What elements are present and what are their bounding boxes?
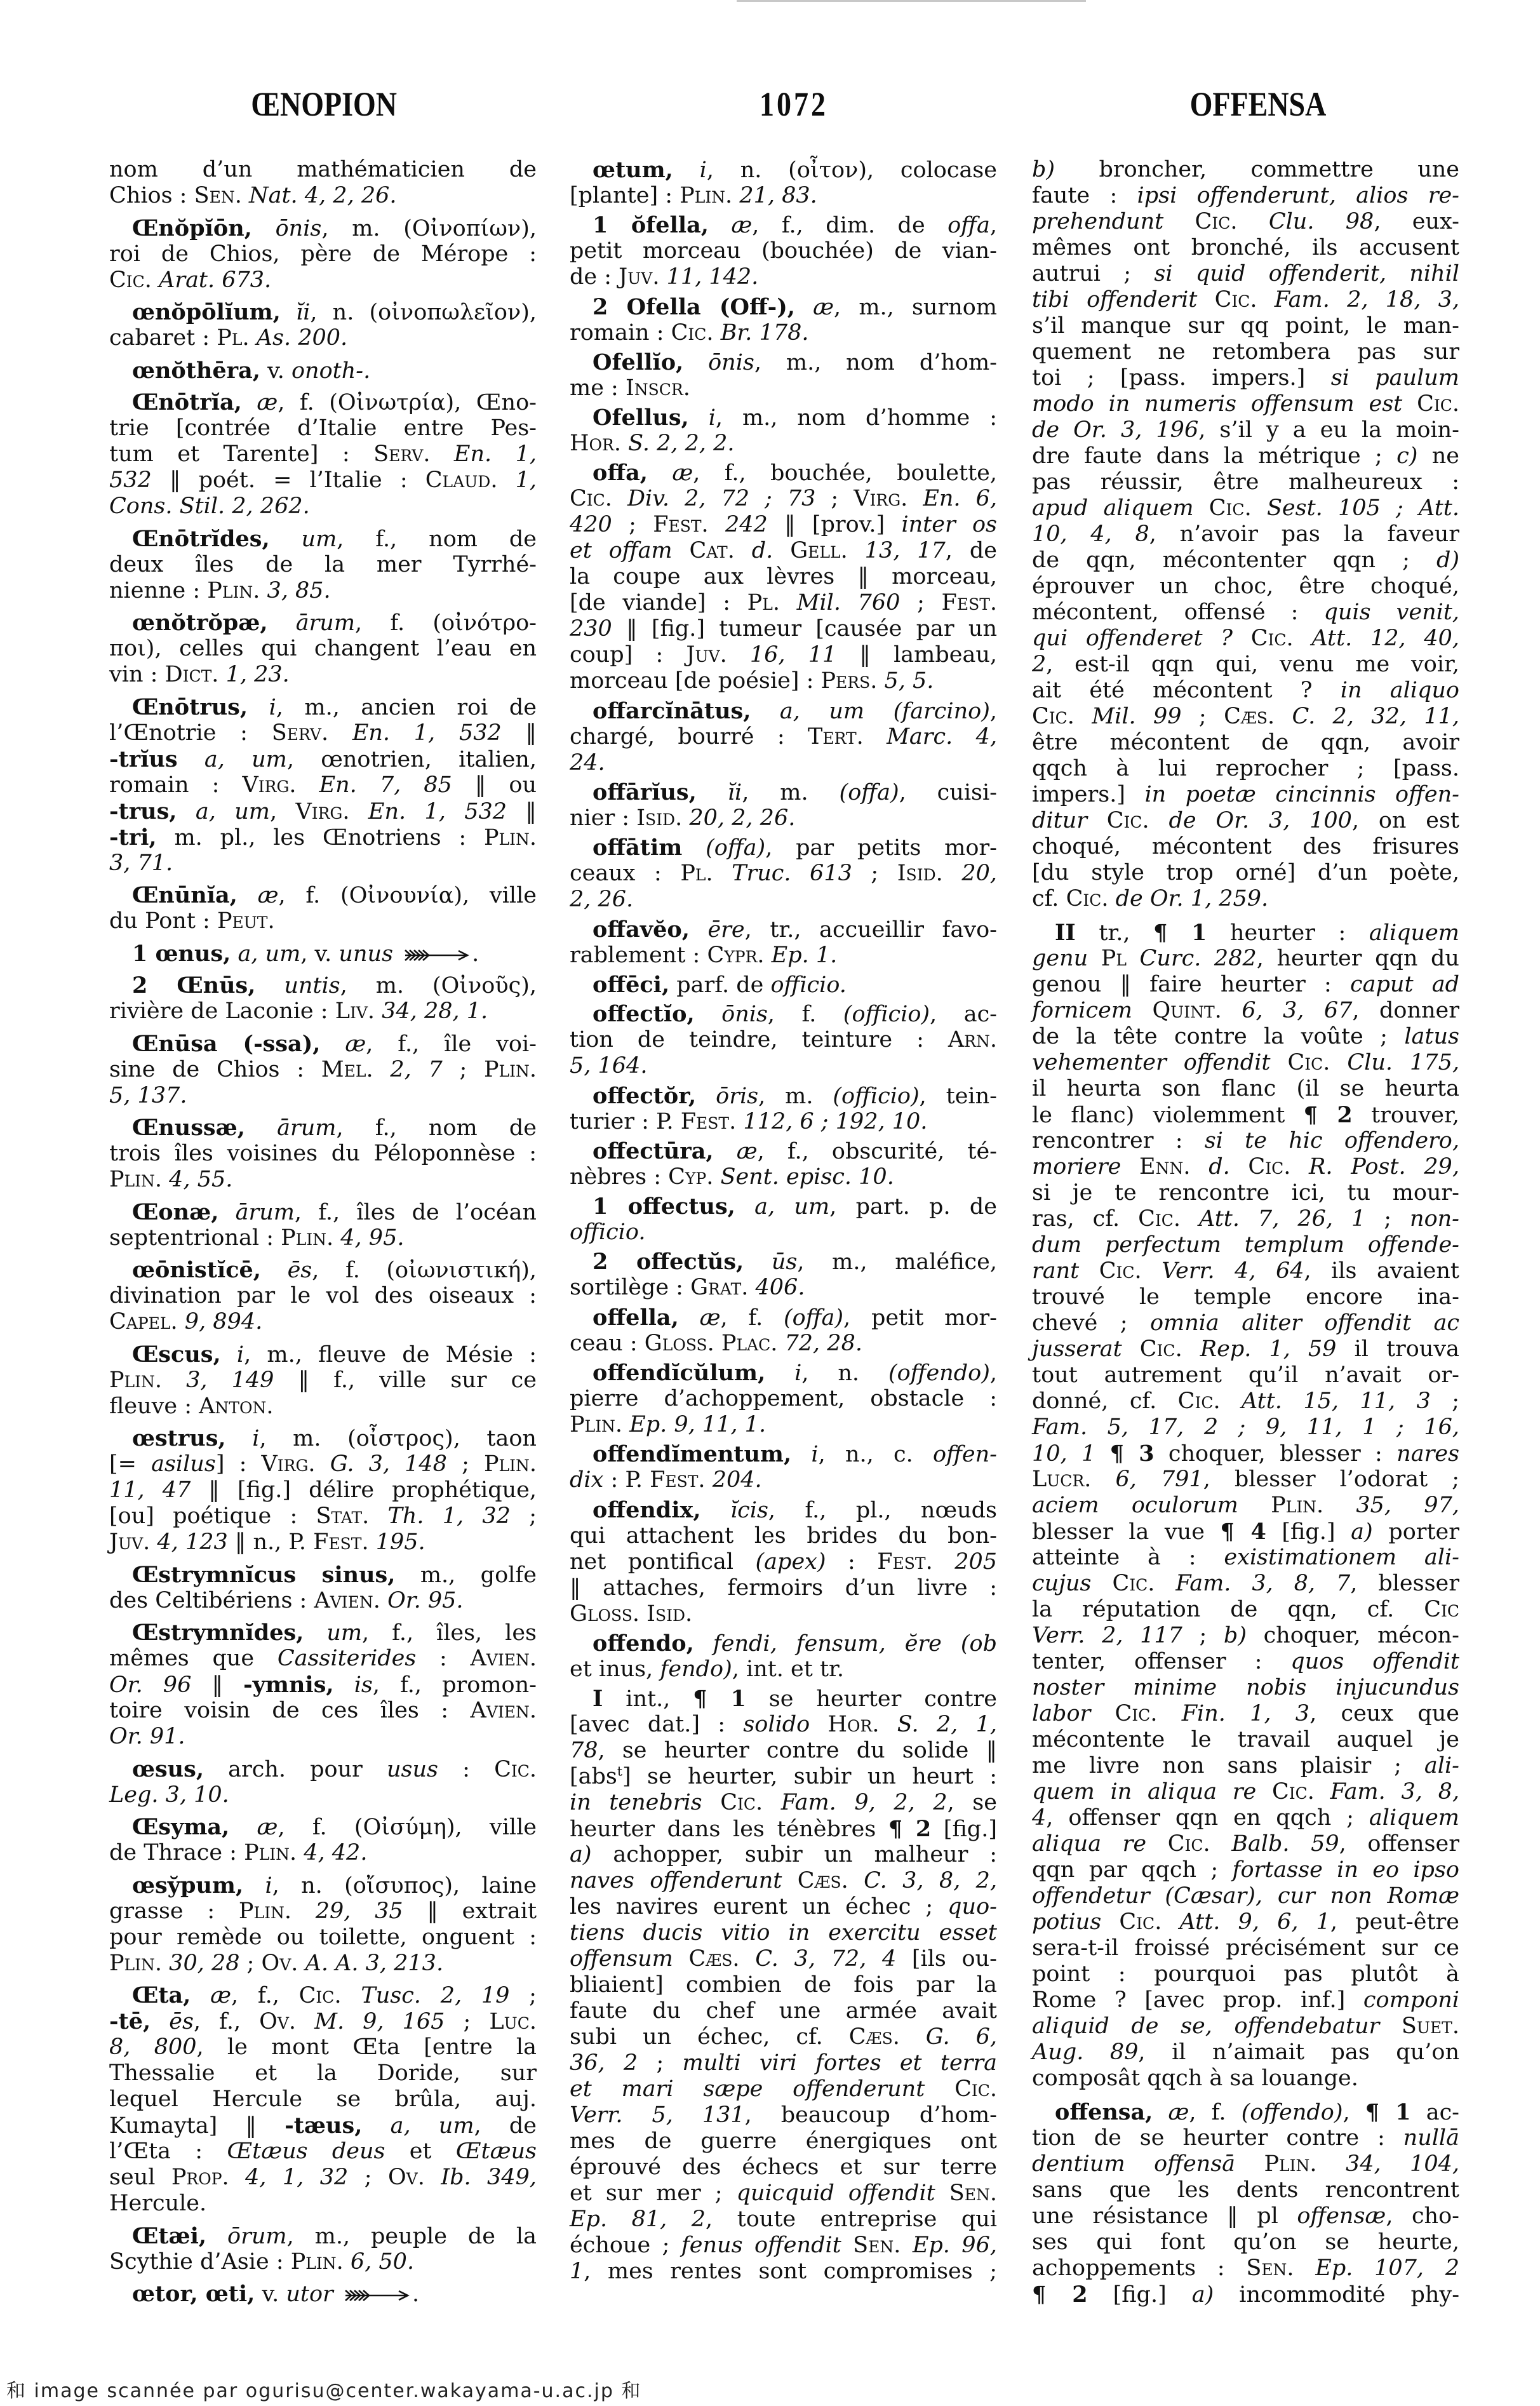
text <box>901 2233 912 2258</box>
text: [fig.] <box>931 1817 997 1842</box>
feathered-arrow-icon <box>403 948 470 963</box>
text <box>682 835 706 861</box>
line-content: sera-t-il froissé précisément sur ce <box>1032 1935 1459 1961</box>
line-content: tibi offenderit Cic. Fam. 2, 18, 3, <box>1032 287 1459 313</box>
text-line: chargé, bourré : Tert. Marc. 4, <box>570 724 997 750</box>
text <box>1090 1701 1115 1726</box>
headword: Ofellĭo, <box>593 349 683 375</box>
text-line: de Thrace : Plin. 4, 42. <box>109 1840 537 1866</box>
text: [= <box>109 1451 151 1477</box>
line-content: point : pourquoi pas plutôt à <box>1032 1961 1459 1987</box>
line-content: 5, 137. <box>109 1083 187 1108</box>
italic-text: rant <box>1032 1258 1079 1284</box>
text: , ac- <box>930 1002 997 1027</box>
line-content: rablement : Cypr. Ep. 1. <box>570 943 837 968</box>
text-line: sera-t-il froissé précisément sur ce <box>1032 1935 1459 1961</box>
text <box>1330 1050 1347 1075</box>
text-line: sortilège : Grat. 406. <box>570 1275 997 1301</box>
dictionary-entry: offendĭcŭlum, i, n. (offendo),pierre d’a… <box>570 1360 997 1438</box>
text: divination par le vol des oiseaux : <box>109 1283 537 1308</box>
text: , n. (οἴσυπος), laine <box>272 1873 537 1899</box>
text: ; <box>445 2009 489 2034</box>
line-content: toi ; [pass. impers.] si paulum <box>1032 365 1459 391</box>
text-line: [= asilus] : Virg. G. 3, 148 ; Plin. <box>109 1451 537 1477</box>
text-line: choqué, mécontent des frisures <box>1032 834 1459 860</box>
text: : <box>826 1549 878 1575</box>
italic-text: 4, 42. <box>304 1840 367 1865</box>
italic-text: (offa) <box>840 780 899 805</box>
line-content: fornicem Quint. 6, 3, 67, donner <box>1032 998 1459 1023</box>
line-content: Œnŏpĭōn, ōnis, m. (Οἰνοπίων), <box>132 216 537 241</box>
text: ; <box>852 861 897 886</box>
italic-text: in poetæ cincinnis offen- <box>1144 782 1459 807</box>
italic-text: (officio) <box>833 1084 919 1109</box>
line-content: faute : ipsi offenderunt, alios re- <box>1032 183 1459 208</box>
dictionary-entry: œnŏtrŏpæ, ārum, f. (οἰνότρο-ποι), celles… <box>109 610 537 688</box>
text-line: Plin. 4, 55. <box>109 1167 537 1193</box>
text-line: 5, 164. <box>570 1053 997 1079</box>
italic-text: a) <box>570 1842 592 1867</box>
text <box>1275 704 1292 729</box>
text: ; <box>447 1451 484 1477</box>
text-line: tum et Tarente] : Serv. En. 1, <box>109 441 537 467</box>
text-line: Œstrymnĭcus sinus, m., golfe <box>109 1562 537 1588</box>
text-line: Or. 91. <box>109 1724 537 1750</box>
line-content: œnŏpōlĭum, ĭi, n. (οἰνοπωλεῖον), <box>132 300 537 325</box>
text <box>375 998 382 1024</box>
text-line: Hor. S. 2, 2, 2. <box>570 431 997 457</box>
line-content: -trĭus a, um, œnotrien, italien, <box>109 747 537 772</box>
text: [ou] poétique : <box>109 1503 316 1529</box>
text: tenter, offenser : <box>1032 1649 1290 1674</box>
line-content: 10, 4, 8, n’avoir pas la faveur <box>1032 521 1459 547</box>
text-line: Juv. 4, 123 ‖ n., P. Fest. 195. <box>109 1529 537 1556</box>
text-line: apud aliquem Cic. Sest. 105 ; Att. <box>1032 495 1459 521</box>
italic-text: Att. 9, 6, 1 <box>1179 1909 1330 1935</box>
dictionary-entry: Œnŏpĭōn, ōnis, m. (Οἰνοπίων),roi de Chio… <box>109 215 537 293</box>
text: , tein- <box>920 1084 997 1109</box>
text <box>231 941 238 967</box>
text-line: 2 offectŭs, ūs, m., maléfice, <box>570 1249 997 1275</box>
text: ] : <box>216 1451 262 1477</box>
text <box>1132 998 1152 1023</box>
text: , part. p. de <box>829 1194 997 1220</box>
text: , est-il qqn qui, venu me voir, <box>1046 652 1459 677</box>
dictionary-entry: 2 offectŭs, ūs, m., maléfice,sortilège :… <box>570 1249 997 1301</box>
author-abbreviation: Fest. <box>653 512 708 537</box>
line-content: autrui ; si quid offenderit, nihil <box>1032 261 1459 286</box>
sense-marker: ¶ 2 <box>888 1816 931 1842</box>
text-line: Ep. 81, 2, toute entreprise qui <box>570 2207 997 2233</box>
text <box>291 1899 316 1924</box>
line-content: offātim (offa), par petits mor- <box>593 835 997 861</box>
text: , f. (οἰνότρο- <box>355 610 537 636</box>
text: toi ; [pass. impers.] <box>1032 365 1331 391</box>
line-content: Œnōtrus, i, m., ancien roi de <box>132 695 537 720</box>
author-abbreviation: Cyp. <box>668 1164 713 1190</box>
italic-text: tiens ducis vitio in exercitu esset <box>570 1920 997 1946</box>
text <box>298 1951 305 1976</box>
author-abbreviation: Capel. <box>109 1309 178 1334</box>
text-line: Œnōtrĭa, æ, f. (Οἰνωτρία), Œno- <box>109 389 537 415</box>
text <box>732 183 739 208</box>
text: deux îles de la mer Tyrrhé- <box>109 552 537 577</box>
text: , n., c. <box>819 1442 933 1467</box>
text: ‖ [fig.] délire prophétique, <box>191 1477 537 1503</box>
text: , le mont Œta [entre la <box>196 2034 537 2060</box>
line-content: quem in aliqua re Cic. Fam. 3, 8, <box>1032 1779 1459 1805</box>
line-content: de la tête contre la voûte ; latus <box>1032 1024 1459 1049</box>
text: rivière de Laconie : <box>109 998 335 1024</box>
italic-text: 420 <box>570 512 612 537</box>
line-content: chevé ; omnia aliter offendit ac <box>1032 1310 1459 1336</box>
text <box>206 2224 227 2249</box>
line-content: offendetur (Cæsar), cur non Romæ <box>1032 1883 1459 1909</box>
text-line: éprouvé des échecs et sur terre <box>570 2154 997 2181</box>
text <box>162 1368 186 1393</box>
text-line: cabaret : Pl. As. 200. <box>109 325 537 351</box>
sense-marker: ¶ 1 <box>1153 920 1207 946</box>
text-line: aciem oculorum Plin. 35, 97, <box>1032 1493 1459 1519</box>
sense-marker: ¶ 1 <box>693 1686 746 1712</box>
line-content: Juv. 4, 123 ‖ n., P. Fest. 195. <box>109 1529 425 1555</box>
line-content: Œstrymnĭcus sinus, m., golfe <box>132 1563 537 1588</box>
dictionary-entry: offendĭmentum, i, n., c. offen-dix : P. … <box>570 1441 997 1493</box>
headword: offectūra, <box>593 1138 714 1164</box>
dictionary-entry: offārĭus, ĭi, m. (offa), cuisi-nier : Is… <box>570 779 997 831</box>
text: , f., îles de l’océan <box>295 1200 537 1225</box>
italic-text: ōnis <box>708 350 754 375</box>
text: , f., îles, les <box>362 1620 537 1646</box>
line-content: Œnūsa (-ssa), æ, f., île voi- <box>132 1032 537 1057</box>
headword: offendix, <box>593 1497 701 1523</box>
text-line: œnŏthēra, v. onoth-. <box>109 358 537 384</box>
italic-text: 10, 1 <box>1032 1441 1095 1467</box>
italic-text: Clu. 98 <box>1269 209 1374 234</box>
text: chargé, bourré : <box>570 724 808 749</box>
italic-text: Verr. 5, 131 <box>570 2102 745 2128</box>
line-content: il heurta son flanc (il se heurta <box>1032 1076 1459 1101</box>
text <box>690 917 708 943</box>
author-abbreviation: Plin. <box>1264 2151 1316 2177</box>
text: ‖ [prov.] <box>768 512 902 537</box>
author-abbreviation: Cic. <box>954 2076 997 2102</box>
italic-text: cujus <box>1032 1571 1092 1596</box>
line-content: [plante] : Plin. 21, 83. <box>570 183 817 208</box>
line-content: Or. 96 ‖ -ymnis, is, f., promon- <box>109 1672 537 1698</box>
text-line: mécontente le travail auquel je <box>1032 1727 1459 1753</box>
text-line: 36, 2 ; multi viri fortes et terra <box>570 2050 997 2076</box>
line-content: de Or. 3, 196, s’il y a eu la moin- <box>1032 417 1459 443</box>
text: septentrional : <box>109 1225 281 1251</box>
entry-continuation: nom d’un mathématicien deChios : Sen. Na… <box>109 157 537 209</box>
text-line: 1, mes rentes sont compromises ; <box>570 2259 997 2285</box>
text: , n. (οἶτον), colocase <box>707 158 997 183</box>
text: si je te rencontre ici, tu mour- <box>1032 1180 1459 1206</box>
italic-text: Truc. 613 <box>732 861 852 886</box>
text-line: romain : Virg. En. 7, 85 ‖ ou <box>109 772 537 798</box>
line-content: blesser la vue ¶ 4 [fig.] a) porter <box>1032 1519 1459 1545</box>
italic-text: inter os <box>901 512 997 537</box>
text: , <box>990 699 997 724</box>
author-abbreviation: Inscr. <box>626 375 690 401</box>
text: , f. <box>1189 2100 1241 2125</box>
author-abbreviation: Hor. <box>828 1712 880 1737</box>
line-content: deux îles de la mer Tyrrhé- <box>109 552 537 577</box>
author-abbreviation: Mel. <box>321 1057 373 1082</box>
line-content: jusserat Cic. Rep. 1, 59 il trouva <box>1032 1336 1459 1362</box>
line-content: grasse : Plin. 29, 35 ‖ extrait <box>109 1899 537 1924</box>
text <box>297 772 319 798</box>
text-line: sans que les dents rencontrent <box>1032 2177 1459 2203</box>
line-content: quement ne retombera pas sur <box>1032 339 1459 365</box>
italic-text: As. 200. <box>257 325 347 351</box>
text <box>1190 1154 1209 1179</box>
text-line: nier : Isid. 20, 2, 26. <box>570 805 997 831</box>
italic-text: ārum <box>296 610 355 636</box>
text <box>1142 1258 1162 1284</box>
text: choquer, blesser : <box>1155 1441 1397 1467</box>
headword: Œnūnĭa, <box>132 882 238 908</box>
italic-text: officio. <box>770 972 846 998</box>
text: sine de Chios : <box>109 1057 321 1082</box>
sense-marker: ¶ 3 <box>1110 1441 1155 1467</box>
sub-headword: -ymnis, <box>243 1672 334 1698</box>
text-line: Cic. Arat. 673. <box>109 267 537 293</box>
line-content: qui offenderet ? Cic. Att. 12, 40, <box>1032 626 1459 651</box>
text: : <box>438 1757 494 1782</box>
text <box>1092 1571 1113 1596</box>
text-line: du Pont : Peut. <box>109 908 537 934</box>
text-line: de : Juv. 11, 142. <box>570 264 997 290</box>
text-line: ras, cf. Cic. Att. 7, 26, 1 ; non- <box>1032 1206 1459 1232</box>
line-content: [ou] poétique : Stat. Th. 1, 32 ; <box>109 1503 537 1529</box>
line-content: sans que les dents rencontrent <box>1032 2177 1459 2203</box>
text-line: tiens ducis vitio in exercitu esset <box>570 1920 997 1946</box>
text-line: Hercule. <box>109 2191 537 2217</box>
text <box>1153 2100 1168 2125</box>
italic-text: Fam. 9, 2, 2 <box>781 1790 947 1815</box>
italic-text: a, um <box>196 799 270 824</box>
italic-text: 5, 164. <box>570 1053 647 1079</box>
text: m. pl., les Œnotriens : <box>157 825 484 850</box>
text: romain : <box>570 320 671 346</box>
text-line: 2 Œnūs, untis, m. (Οἰνοῦς), <box>109 972 537 998</box>
author-abbreviation: Cat. <box>690 538 735 563</box>
line-content: divination par le vol des oiseaux : <box>109 1283 537 1308</box>
sense-marker: ¶ 2 <box>1032 2282 1088 2308</box>
italic-text: 35, 97, <box>1356 1493 1459 1518</box>
dictionary-entry: œnŏthēra, v. onoth-. <box>109 358 537 384</box>
text: les navires eurent un échec ; <box>570 1894 947 1919</box>
author-abbreviation: Cic. <box>1251 626 1294 651</box>
line-content: -tē, ēs, f., Ov. M. 9, 165 ; Luc. <box>109 2009 537 2034</box>
text: , <box>270 799 296 824</box>
text: , f. (Οἰνωτρία), Œno- <box>278 390 537 415</box>
italic-text: 2, 7 <box>390 1057 442 1082</box>
author-abbreviation: Grat. <box>690 1275 748 1300</box>
author-abbreviation: Cæs. <box>849 2024 900 2050</box>
italic-text: prehendunt <box>1032 209 1163 234</box>
dictionary-entry: offectŏr, ōris, m. (officio), tein-turie… <box>570 1083 997 1135</box>
italic-text: unus <box>338 941 393 967</box>
text-line: dum perfectum templum offende- <box>1032 1232 1459 1258</box>
text: , offenser <box>1339 1831 1459 1857</box>
text-line: Kumayta] ‖ -tæus, a, um, de <box>109 2113 537 2139</box>
text <box>713 1164 720 1190</box>
italic-text: qui offenderet ? <box>1032 626 1233 651</box>
italic-text: æ <box>257 1815 278 1840</box>
text-line: éprouver un choc, être choqué, <box>1032 574 1459 600</box>
text <box>727 642 750 668</box>
italic-text: 30, 28 <box>169 1951 239 1976</box>
text-line: a) achopper, subir un malheur : <box>570 1842 997 1868</box>
text <box>1233 626 1251 651</box>
text-line: Thessalie et la Doride, sur <box>109 2060 537 2087</box>
italic-text: Mil. 99 <box>1092 704 1181 729</box>
text: achoppements : <box>1032 2255 1246 2281</box>
bold-text: I <box>593 1686 603 1712</box>
italic-text: (offendo) <box>888 1361 990 1386</box>
text-line: morceau [de poésie] : Pers. 5, 5. <box>570 668 997 694</box>
author-abbreviation: Enn. <box>1139 1154 1190 1179</box>
author-abbreviation: Plin. <box>281 1225 333 1251</box>
italic-text: offendetur (Cæsar), cur non Romæ <box>1032 1883 1459 1909</box>
text: , int. et tr. <box>732 1657 844 1682</box>
italic-text: ipsi offenderunt, alios re- <box>1137 183 1459 208</box>
entry-sense-paragraph: II tr., ¶ 1 heurter : aliquemgenu Pl Cur… <box>1032 920 1459 2092</box>
text-line: vehementer offendit Cic. Clu. 175, <box>1032 1050 1459 1076</box>
text <box>229 1815 257 1840</box>
author-abbreviation: Ov. <box>388 2165 425 2190</box>
text-line: pour remède ou toilette, onguent : <box>109 1925 537 1951</box>
text <box>877 668 884 694</box>
text-line: seul Prop. 4, 1, 32 ; Ov. Ib. 349, <box>109 2165 537 2191</box>
italic-text: G. 6, <box>926 2024 997 2050</box>
dictionary-entry: Œnussæ, ārum, f., nom detrois îles voisi… <box>109 1115 537 1193</box>
author-abbreviation: Cic <box>1424 1597 1459 1622</box>
line-content: offensum Cæs. C. 3, 72, 4 [ils ou- <box>570 1946 997 1972</box>
italic-text: æ <box>700 1305 721 1331</box>
text-line: trie [contrée d’Italie entre Pes- <box>109 415 537 441</box>
text: l’Œta : <box>109 2139 227 2164</box>
text: [fig.] <box>1088 2282 1192 2308</box>
text-line: cf. Cic. de Or. 1, 259. <box>1032 886 1459 912</box>
text <box>226 1426 253 1451</box>
text: incommodité phy- <box>1214 2282 1459 2308</box>
line-content: 8, 800, le mont Œta [entre la <box>109 2034 537 2060</box>
italic-text: 2, 26. <box>570 887 633 912</box>
text <box>810 1712 827 1737</box>
line-content: cabaret : Pl. As. 200. <box>109 325 347 351</box>
text <box>735 538 752 563</box>
text-line: le flanc) violemment ¶ 2 trouver, <box>1032 1102 1459 1128</box>
italic-text: Ep. 81, 2 <box>570 2207 706 2232</box>
dictionary-entry: offātim (offa), par petits mor-ceaux : P… <box>570 835 997 913</box>
text-line: genu Pl Curc. 282, heurter qqn du <box>1032 946 1459 972</box>
italic-text: Verr. 4, 64 <box>1162 1258 1304 1284</box>
line-content: offectŏr, ōris, m. (officio), tein- <box>593 1084 997 1109</box>
text: v. <box>260 358 291 384</box>
text <box>1155 1571 1175 1596</box>
text-line: s’il manque sur qq point, le man- <box>1032 313 1459 339</box>
headword: Œnŏpĭōn, <box>132 215 252 241</box>
line-content: ras, cf. Cic. Att. 7, 26, 1 ; non- <box>1032 1206 1459 1232</box>
text: tum et Tarente] : <box>109 441 373 467</box>
text-line: atteinte à : existimationem ali- <box>1032 1545 1459 1571</box>
italic-text: G. 3, 148 <box>330 1451 447 1477</box>
line-content: genu Pl Curc. 282, heurter qqn du <box>1032 946 1459 971</box>
line-content: pour remède ou toilette, onguent : <box>109 1925 537 1950</box>
line-content: morceau [de poésie] : Pers. 5, 5. <box>570 668 934 694</box>
entry-continuation: b) broncher, commettre unefaute : ipsi o… <box>1032 157 1459 912</box>
text <box>162 1951 169 1976</box>
author-abbreviation: Tert. <box>808 724 864 749</box>
line-content: petit morceau (bouchée) de vian- <box>570 238 997 264</box>
author-abbreviation: Cic. <box>1209 495 1252 521</box>
text: de qqn, mécontenter qqn ; <box>1032 548 1436 573</box>
text: l’Œnotrie : <box>109 720 272 746</box>
text-line: nèbres : Cyp. Sent. episc. 10. <box>570 1164 997 1190</box>
text-line: une résistance ‖ pl offensæ, cho- <box>1032 2203 1459 2229</box>
text-line: [de viande] : Pl. Mil. 760 ; Fest. <box>570 590 997 616</box>
author-abbreviation: Serv. <box>272 720 328 746</box>
text: achopper, subir un malheur : <box>592 1842 997 1867</box>
text: , m. <box>742 780 839 805</box>
text: , f., <box>194 2009 259 2034</box>
line-content: 36, 2 ; multi viri fortes et terra <box>570 2050 997 2076</box>
text <box>1197 287 1214 313</box>
dictionary-entry: 2 Œnūs, untis, m. (Οἰνοῦς),rivière de La… <box>109 972 537 1025</box>
text <box>304 1620 326 1646</box>
text-line: net pontifical (apex) : Fest. 205 <box>570 1549 997 1575</box>
text: fleuve : <box>109 1394 199 1419</box>
text-line: Œnōtrus, i, m., ancien roi de <box>109 694 537 720</box>
italic-text: æ <box>258 883 279 908</box>
author-abbreviation: Plin. <box>484 1451 537 1477</box>
entry-sense-paragraph: I int., ¶ 1 se heurter contre[avec dat.]… <box>570 1686 997 2285</box>
text: broncher, commettre une <box>1055 157 1459 182</box>
italic-text: Ep. 1. <box>772 943 838 968</box>
italic-text: 9, 894. <box>185 1309 262 1334</box>
text-line: bliaient] combien de fois par la <box>570 1972 997 1998</box>
text <box>362 2113 390 2139</box>
text <box>679 1305 700 1331</box>
italic-text: de Or. 1, 259. <box>1116 886 1269 911</box>
italic-text: um <box>302 527 337 552</box>
author-abbreviation: Plin. <box>207 578 260 603</box>
author-abbreviation: Plin. <box>484 825 537 850</box>
line-content: me livre non sans plaisir ; ali- <box>1032 1753 1459 1778</box>
text-line: sine de Chios : Mel. 2, 7 ; Plin. <box>109 1057 537 1083</box>
italic-text: 3, 71. <box>109 850 173 876</box>
line-content: 4, offenser qqn en qqch ; aliquem <box>1032 1805 1459 1831</box>
line-content: naves offenderunt Cæs. C. 3, 8, 2, <box>570 1868 997 1893</box>
italic-text: componi <box>1363 1987 1459 2013</box>
author-abbreviation: Cic. <box>720 1790 763 1815</box>
text: trois îles voisines du Péloponnèse : <box>109 1141 537 1166</box>
line-content: tout autrement qu’il n’avait or- <box>1032 1362 1459 1388</box>
text-line: blesser la vue ¶ 4 [fig.] a) porter <box>1032 1519 1459 1545</box>
text <box>1101 1909 1119 1935</box>
page-number: 1072 <box>760 91 828 121</box>
author-abbreviation: Isid. <box>636 805 682 831</box>
text: romain : <box>109 772 242 798</box>
italic-text: Arat. 673. <box>159 267 271 293</box>
text: subi un échec, cf. <box>570 2024 849 2050</box>
text: , f., pl., nœuds <box>768 1498 997 1523</box>
text: tr., <box>1076 920 1153 946</box>
